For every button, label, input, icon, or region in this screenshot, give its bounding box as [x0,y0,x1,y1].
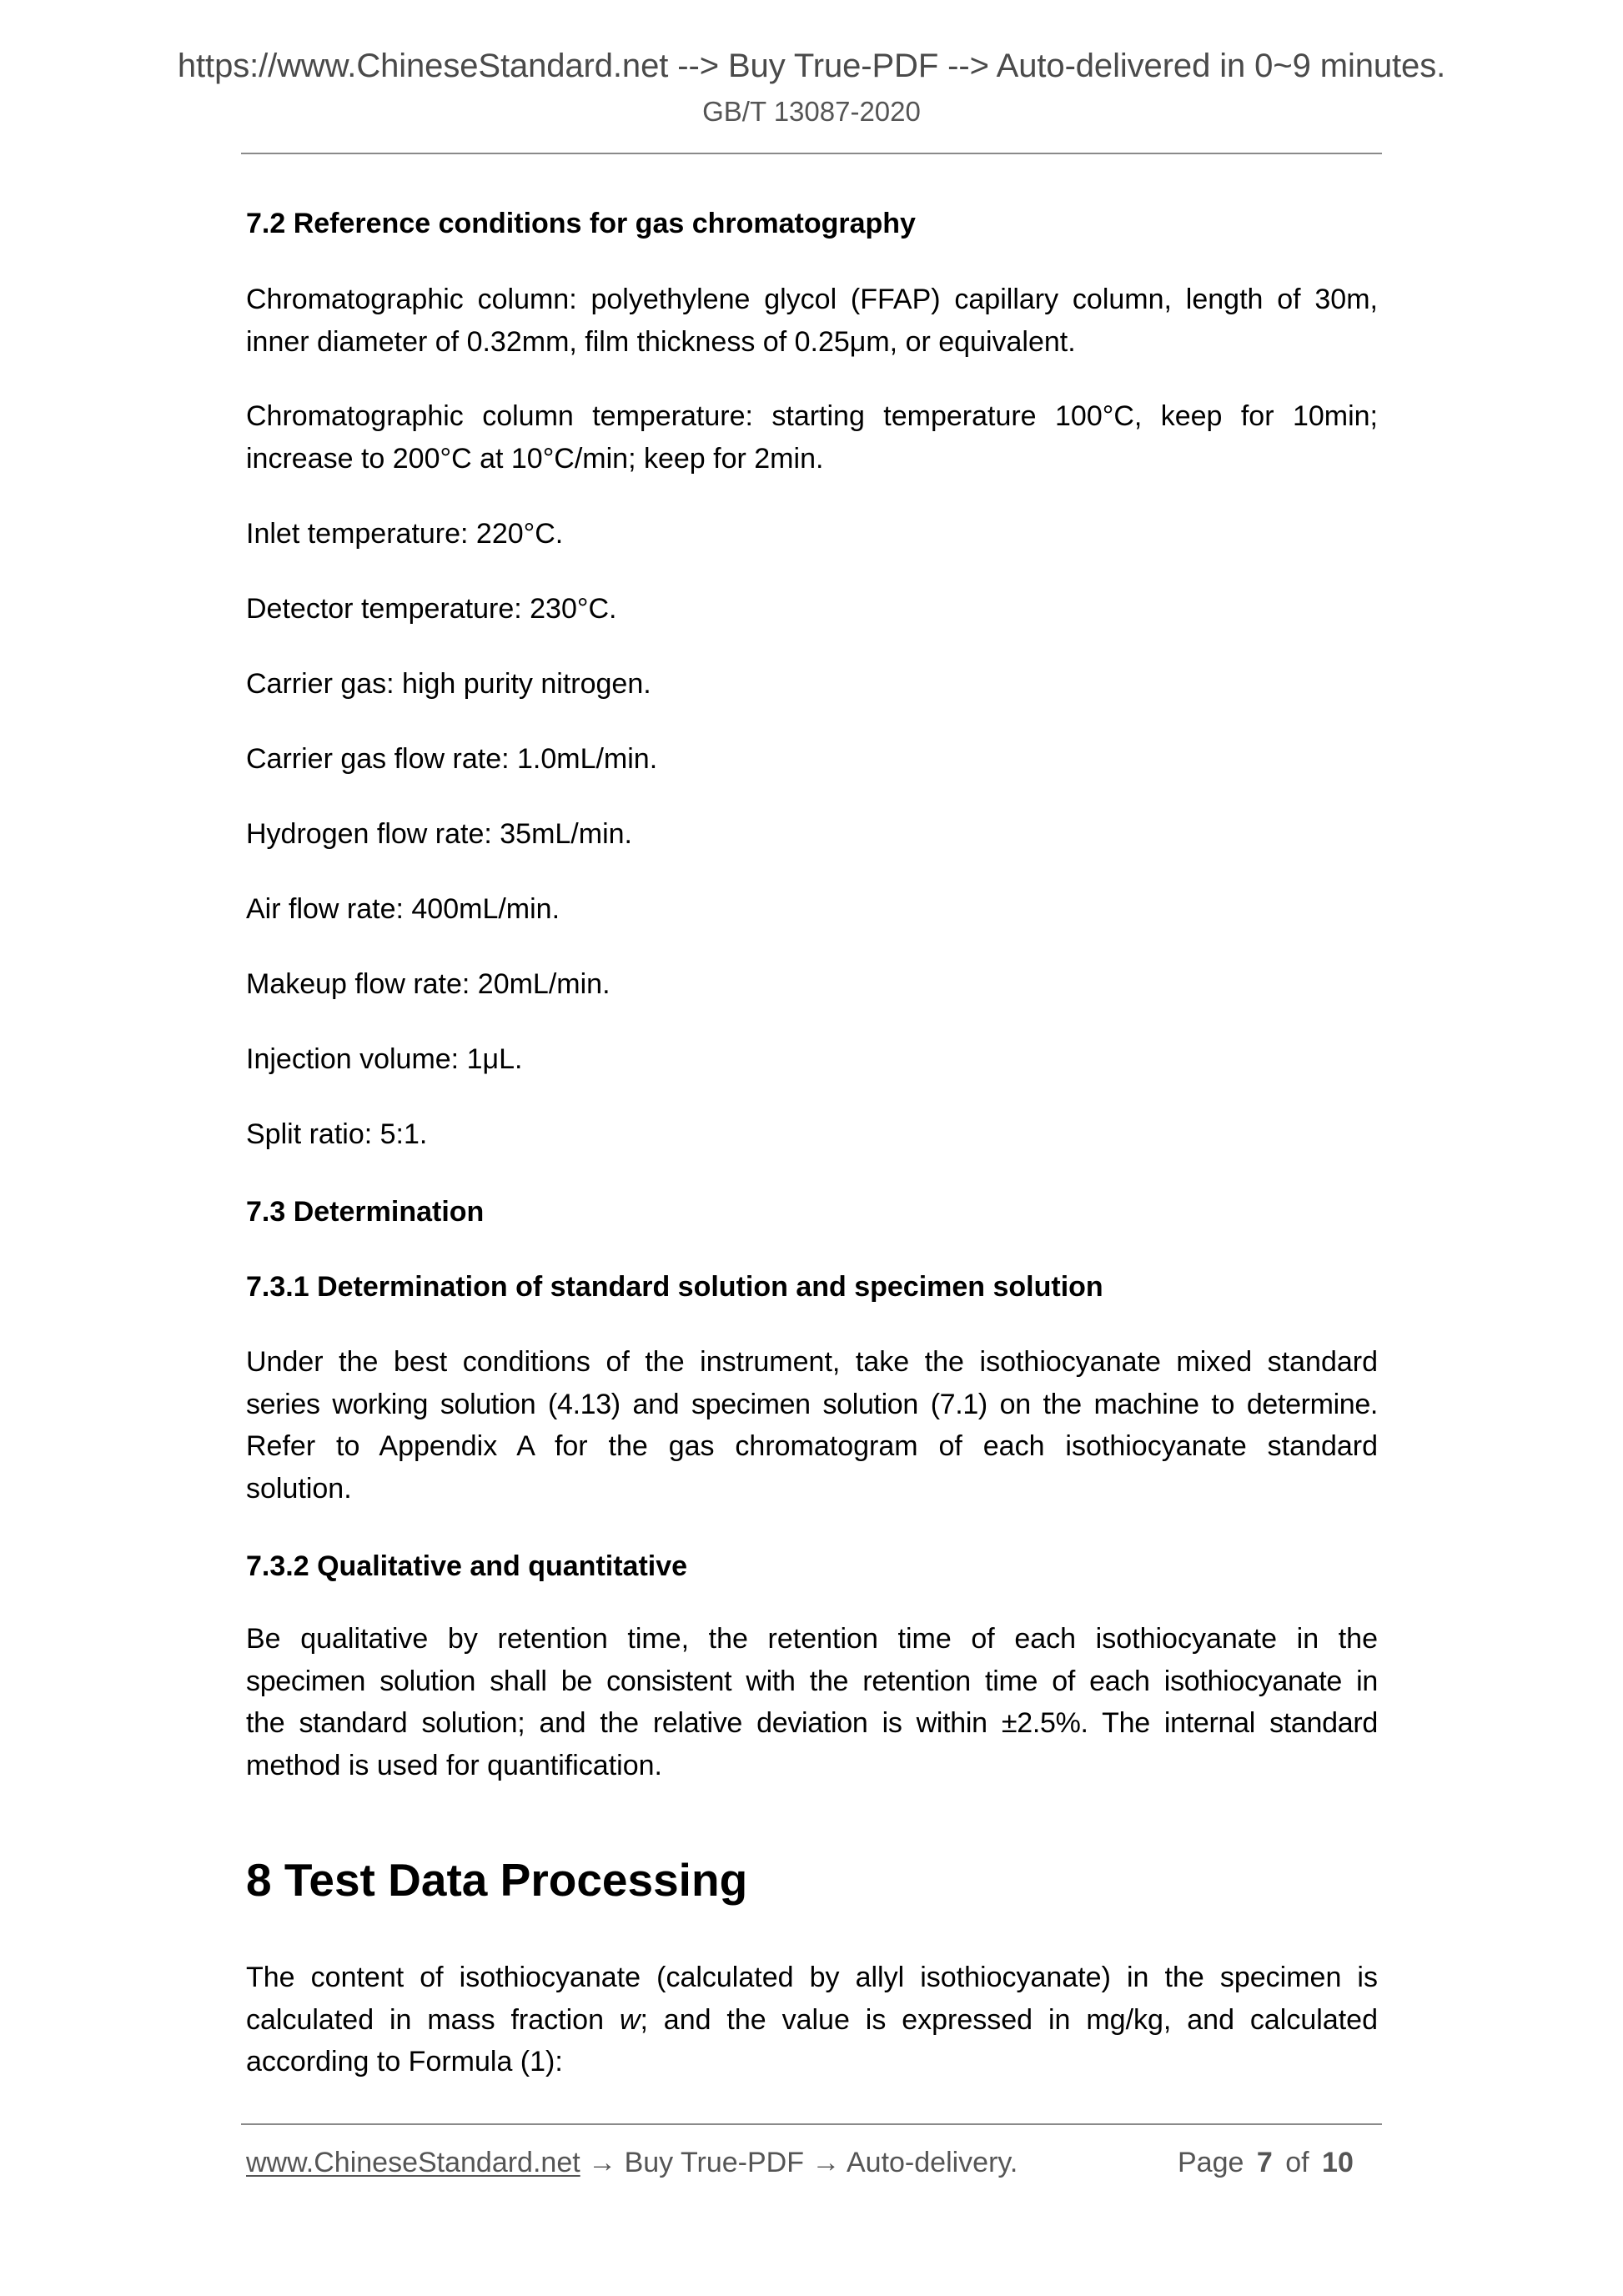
condition-injection-volume: Injection volume: 1μL. [246,1038,522,1080]
paragraph-data-processing: The content of isothiocyanate (calculate… [246,1957,1378,2083]
paragraph-line: the standard solution; and the relative … [246,1702,1378,1745]
paragraph-line: Under the best conditions of the instrum… [246,1341,1378,1384]
paragraph-line: method is used for quantification. [246,1745,1378,1787]
section-heading-7-3-2: 7.3.2 Qualitative and quantitative [246,1545,687,1587]
condition-detector-temperature: Detector temperature: 230°C. [246,588,616,630]
paragraph-line: The content of isothiocyanate (calculate… [246,1957,1378,1999]
variable-w: w [620,2004,641,2036]
paragraph-line: calculated in mass fraction w; and the v… [246,1999,1378,2042]
arrow-right-icon: → [811,2147,840,2178]
paragraph-qualitative: Be qualitative by retention time, the re… [246,1618,1378,1787]
footer-site-link[interactable]: www.ChineseStandard.net [246,2147,580,2178]
paragraph-line: solution. [246,1468,1378,1510]
page-indicator: Page 7 of 10 [1178,2142,1354,2183]
paragraph-line: specimen solution shall be consistent wi… [246,1660,1378,1703]
document-id: GB/T 13087-2020 [0,95,1623,128]
header-divider [241,153,1382,154]
paragraph-column-temperature: Chromatographic column temperature: star… [246,395,1378,480]
condition-air-flow: Air flow rate: 400mL/min. [246,888,560,930]
paragraph-column: Chromatographic column: polyethylene gly… [246,279,1378,363]
paragraph-line: according to Formula (1): [246,2041,1378,2083]
page-label: Page [1178,2147,1244,2178]
arrow-right-icon: → [588,2147,616,2178]
section-heading-7-3: 7.3 Determination [246,1191,484,1233]
text-segment: ; and the value is expressed in mg/kg, a… [640,2004,1378,2036]
footer-promo: www.ChineseStandard.net → Buy True-PDF →… [246,2142,1018,2183]
paragraph-determination: Under the best conditions of the instrum… [246,1341,1378,1510]
paragraph-line: Be qualitative by retention time, the re… [246,1618,1378,1660]
footer-delivery-text: Auto-delivery. [840,2147,1018,2178]
footer-divider [241,2123,1382,2125]
page-current: 7 [1257,2147,1273,2178]
paragraph-line: inner diameter of 0.32mm, film thickness… [246,321,1378,364]
header-banner: https://www.ChineseStandard.net --> Buy … [0,45,1623,87]
paragraph-line: Chromatographic column temperature: star… [246,395,1378,438]
page-total: 10 [1322,2147,1354,2178]
paragraph-line: series working solution (4.13) and speci… [246,1384,1378,1426]
paragraph-line: Chromatographic column: polyethylene gly… [246,279,1378,321]
condition-hydrogen-flow: Hydrogen flow rate: 35mL/min. [246,813,632,855]
section-heading-7-3-1: 7.3.1 Determination of standard solution… [246,1266,1103,1308]
footer-buy-text: Buy True-PDF [616,2147,811,2178]
condition-carrier-gas: Carrier gas: high purity nitrogen. [246,663,651,705]
chapter-heading-8: 8 Test Data Processing [246,1852,747,1907]
paragraph-line: increase to 200°C at 10°C/min; keep for … [246,438,1378,480]
condition-carrier-gas-flow: Carrier gas flow rate: 1.0mL/min. [246,738,657,780]
paragraph-line: Refer to Appendix A for the gas chromato… [246,1425,1378,1468]
condition-inlet-temperature: Inlet temperature: 220°C. [246,513,563,555]
condition-split-ratio: Split ratio: 5:1. [246,1113,427,1155]
text-segment: calculated in mass fraction [246,2004,620,2036]
condition-makeup-flow: Makeup flow rate: 20mL/min. [246,963,611,1005]
page-of: of [1285,2147,1309,2178]
section-heading-7-2: 7.2 Reference conditions for gas chromat… [246,203,916,244]
